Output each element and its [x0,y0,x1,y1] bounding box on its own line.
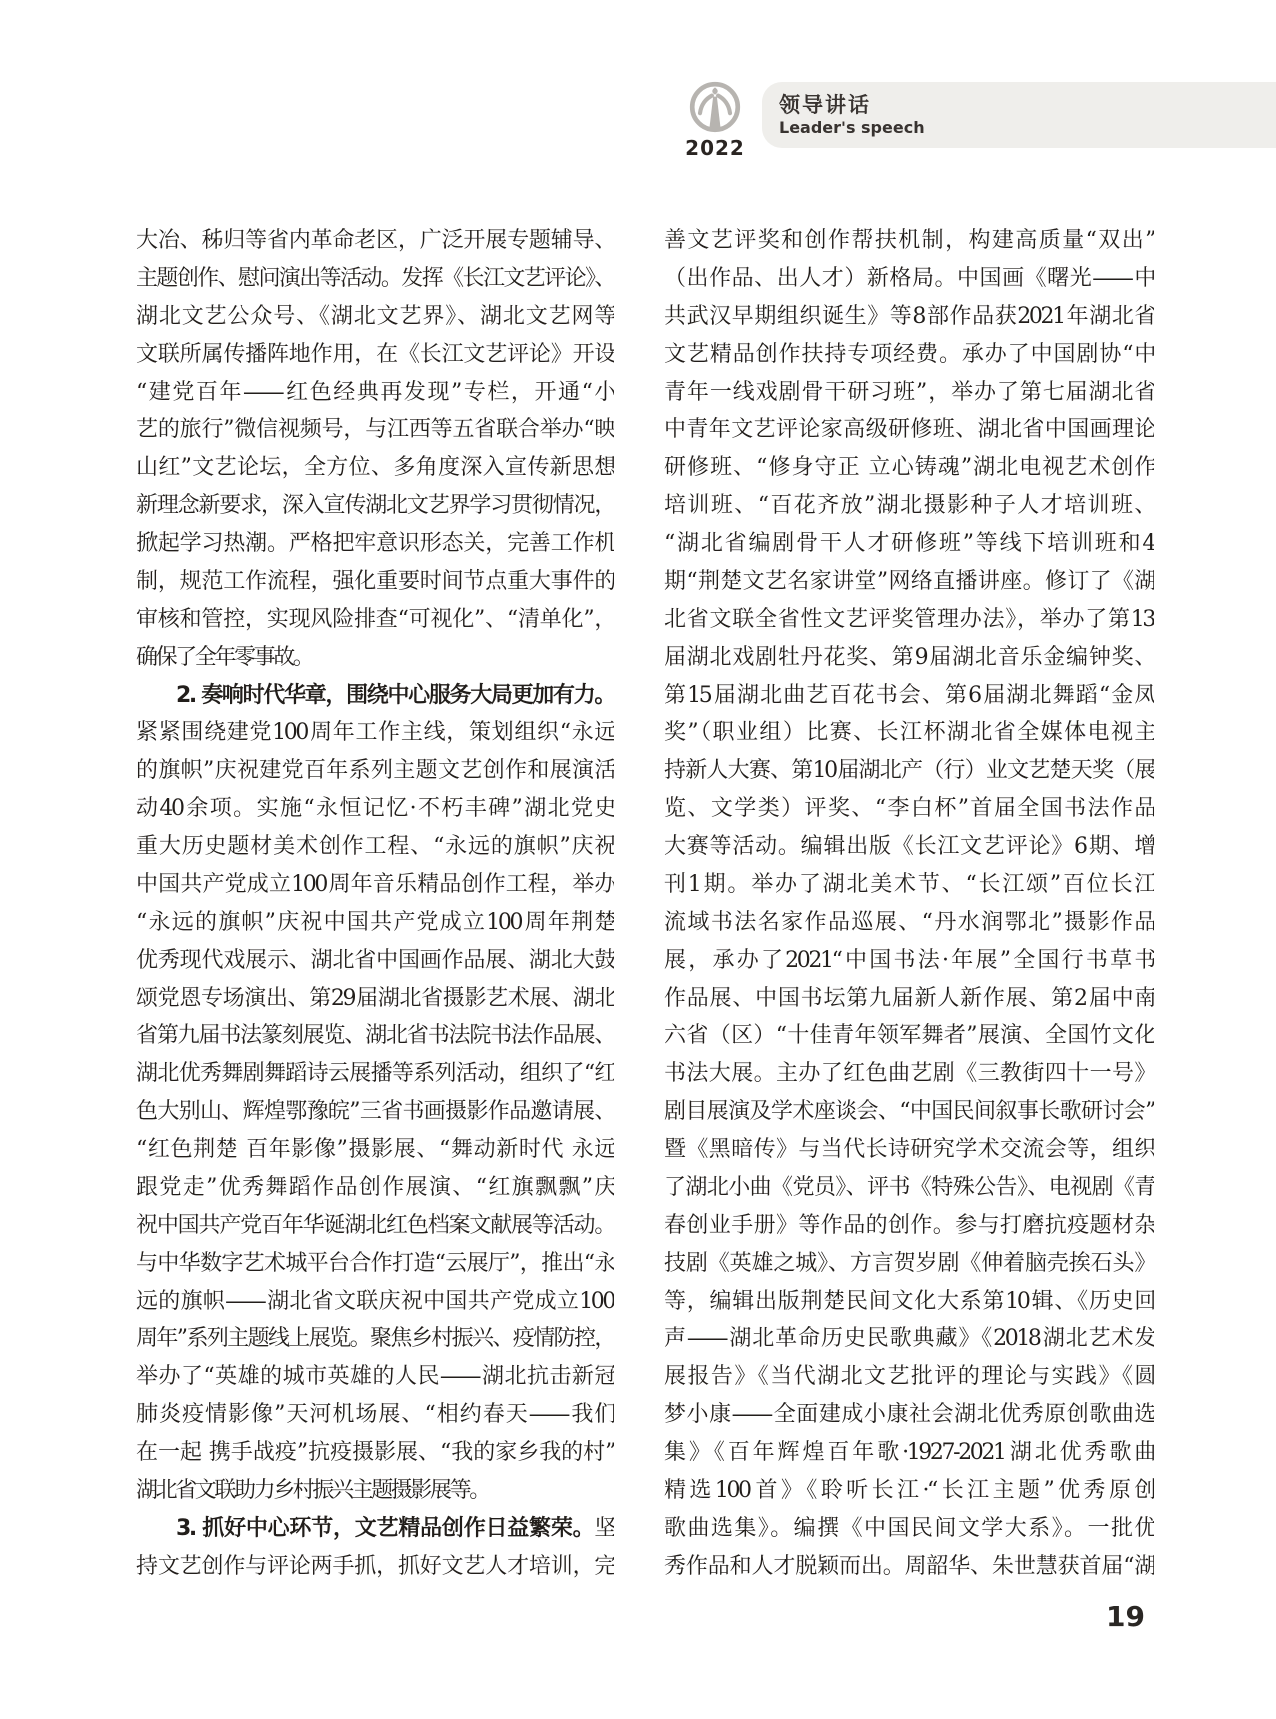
paragraph-text: 湖北优秀舞剧舞蹈诗云展播等系列活动，组织了“红 [136,1061,614,1086]
paragraph-text: 艺的旅行”微信视频号，与江西等五省联合举办“映 [136,417,614,442]
right-column: 善文艺评奖和创作帮扶机制，构建高质量“双出”（出作品、出人才）新格局。中国画《曙… [664,222,1154,1586]
text-line: 歌曲选集》。编撰《中国民间文学大系》。一批优 [664,1510,1154,1548]
paragraph-text: 流域书法名家作品巡展、“丹水润鄂北”摄影作品 [664,910,1154,935]
paragraph-text: 颂党恩专场演出、第29届湖北省摄影艺术展、湖北 [136,986,614,1011]
text-line: 暨《黑暗传》与当代长诗研究学术交流会等，组织 [664,1131,1154,1169]
paragraph-text: 声——湖北革命历史民歌典藏》《2018湖北艺术发 [664,1326,1154,1351]
paragraph-text: 北省文联全省性文艺评奖管理办法》，举办了第13 [664,607,1154,632]
paragraph-heading: 3. 抓好中心环节，文艺精品创作日益繁荣。 [176,1516,594,1541]
paragraph-text: 大赛等活动。编辑出版《长江文艺评论》6期、增 [664,834,1154,859]
text-line: 优秀现代戏展示、湖北省中国画作品展、湖北大鼓 [136,942,614,980]
section-banner: 领导讲话 Leader's speech [762,82,1276,148]
paragraph-text: 省第九届书法篆刻展览、湖北省书法院书法作品展、 [136,1023,614,1048]
section-title: 领导讲话 [779,94,1276,116]
paragraph-text: 六省（区）“十佳青年领军舞者”展演、全国竹文化 [664,1023,1154,1048]
text-line: 山红”文艺论坛，全方位、多角度深入宣传新思想 [136,449,614,487]
paragraph-text: 中国共产党成立100周年音乐精品创作工程，举办 [136,872,614,897]
paragraph-text: “建党百年——红色经典再发现”专栏，开通“小 [136,380,614,405]
paragraph-heading: 2. 奏响时代华章，围绕中心服务大局更加有力。 [176,683,614,708]
paragraph-text: 山红”文艺论坛，全方位、多角度深入宣传新思想 [136,455,614,480]
text-line: 善文艺评奖和创作帮扶机制，构建高质量“双出” [664,222,1154,260]
paragraph-text: 研修班、“修身守正 立心铸魂”湖北电视艺术创作 [664,455,1154,480]
text-line: 第15届湖北曲艺百花书会、第6届湖北舞蹈“金凤 [664,677,1154,715]
paragraph-text: 等，编辑出版荆楚民间文化大系第10辑、《历史回 [664,1289,1154,1314]
paragraph-text: “永远的旗帜”庆祝中国共产党成立100周年荆楚 [136,910,614,935]
paragraph-text: 优秀现代戏展示、湖北省中国画作品展、湖北大鼓 [136,948,614,973]
paragraph-text: 秀作品和人才脱颖而出。周韶华、朱世慧获首届“湖 [664,1554,1154,1579]
paragraph-text: 善文艺评奖和创作帮扶机制，构建高质量“双出” [664,228,1154,253]
paragraph-text: 举办了“英雄的城市英雄的人民——湖北抗击新冠 [136,1364,614,1389]
text-line: 声——湖北革命历史民歌典藏》《2018湖北艺术发 [664,1320,1154,1358]
text-line: 艺的旅行”微信视频号，与江西等五省联合举办“映 [136,411,614,449]
text-line: 审核和管控，实现风险排查“可视化”、“清单化”， [136,601,614,639]
paragraph-text: 刊1期。举办了湖北美术节、“长江颂”百位长江 [664,872,1154,897]
paragraph-text: 书法大展。主办了红色曲艺剧《三教街四十一号》 [664,1061,1154,1086]
text-line: 大赛等活动。编辑出版《长江文艺评论》6期、增 [664,828,1154,866]
paragraph-text: 大冶、秭归等省内革命老区，广泛开展专题辅导、 [136,228,614,253]
text-line: 剧目展演及学术座谈会、“中国民间叙事长歌研讨会” [664,1093,1154,1131]
text-line: 春创业手册》等作品的创作。参与打磨抗疫题材杂 [664,1207,1154,1245]
paragraph-text: 览、文学类）评奖、“李白杯”首届全国书法作品 [664,796,1154,821]
paragraph-text: 在一起 携手战疫”抗疫摄影展、“我的家乡我的村” [136,1440,614,1465]
text-line: 掀起学习热潮。严格把牢意识形态关，完善工作机 [136,525,614,563]
text-line: 届湖北戏剧牡丹花奖、第9届湖北音乐金编钟奖、 [664,639,1154,677]
text-line: 动40余项。实施“永恒记忆·不朽丰碑”湖北党史 [136,790,614,828]
paragraph-text: 湖北文艺公众号、《湖北文艺界》、湖北文艺网等 [136,304,614,329]
text-line: 六省（区）“十佳青年领军舞者”展演、全国竹文化 [664,1017,1154,1055]
text-line: 培训班、“百花齐放”湖北摄影种子人才培训班、 [664,487,1154,525]
text-line: 精选100首》《聆听长江·“长江主题”优秀原创 [664,1472,1154,1510]
paragraph-text: 作品展、中国书坛第九届新人新作展、第2届中南 [664,986,1154,1011]
text-line: “湖北省编剧骨干人才研修班”等线下培训班和4 [664,525,1154,563]
paragraph-text: 青年一线戏剧骨干研习班”，举办了第七届湖北省 [664,380,1154,405]
text-line: 刊1期。举办了湖北美术节、“长江颂”百位长江 [664,866,1154,904]
paragraph-text: 远的旗帜——湖北省文联庆祝中国共产党成立100 [136,1289,614,1314]
text-line: （出作品、出人才）新格局。中国画《曙光——中 [664,260,1154,298]
text-line: 确保了全年零事故。 [136,639,614,677]
paragraph-text: 中青年文艺评论家高级研修班、湖北省中国画理论 [664,417,1154,442]
paragraph-text: “湖北省编剧骨干人才研修班”等线下培训班和4 [664,531,1154,556]
text-line: 展报告》《当代湖北文艺批评的理论与实践》《圆 [664,1358,1154,1396]
paragraph-text: 重大历史题材美术创作工程、“永远的旗帜”庆祝 [136,834,614,859]
paragraph-text: 届湖北戏剧牡丹花奖、第9届湖北音乐金编钟奖、 [664,645,1154,670]
text-line: 书法大展。主办了红色曲艺剧《三教街四十一号》 [664,1055,1154,1093]
paragraph-text: 梦小康——全面建成小康社会湖北优秀原创歌曲选 [664,1402,1154,1427]
paragraph-text: 确保了全年零事故。 [136,645,312,670]
paragraph-text: 周年”系列主题线上展览。聚焦乡村振兴、疫情防控， [136,1326,614,1351]
paragraph-text: 湖北省文联助力乡村振兴主题摄影展等。 [136,1478,489,1503]
text-line: 秀作品和人才脱颖而出。周韶华、朱世慧获首届“湖 [664,1548,1154,1586]
text-line: 研修班、“修身守正 立心铸魂”湖北电视艺术创作 [664,449,1154,487]
text-line: 远的旗帜——湖北省文联庆祝中国共产党成立100 [136,1283,614,1321]
paragraph-text: 持文艺创作与评论两手抓，抓好文艺人才培训，完 [136,1554,614,1579]
text-line: 青年一线戏剧骨干研习班”，举办了第七届湖北省 [664,374,1154,412]
paragraph-text: 了湖北小曲《党员》、评书《特殊公告》、电视剧《青 [664,1175,1154,1200]
text-line: “建党百年——红色经典再发现”专栏，开通“小 [136,374,614,412]
text-line: 紧紧围绕建党100周年工作主线，策划组织“永远 [136,714,614,752]
paragraph-text: 色大别山、辉煌鄂豫皖”三省书画摄影作品邀请展、 [136,1099,614,1124]
magazine-page: 2022 领导讲话 Leader's speech 大冶、秭归等省内革命老区，广… [0,0,1276,1719]
text-line: 持新人大赛、第10届湖北产（行）业文艺楚天奖（展 [664,752,1154,790]
text-line: 文联所属传播阵地作用，在《长江文艺评论》开设 [136,336,614,374]
text-line: 技剧《英雄之城》、方言贺岁剧《伸着脑壳挨石头》 [664,1245,1154,1283]
paragraph-text: 展，承办了2021“中国书法·年展”全国行书草书 [664,948,1154,973]
paragraph-text: 跟党走”优秀舞蹈作品创作展演、“红旗飘飘”庆 [136,1175,614,1200]
text-line: “红色荆楚 百年影像”摄影展、“舞动新时代 永远 [136,1131,614,1169]
text-line: 了湖北小曲《党员》、评书《特殊公告》、电视剧《青 [664,1169,1154,1207]
paragraph-text: 春创业手册》等作品的创作。参与打磨抗疫题材杂 [664,1213,1154,1238]
paragraph-text: 共武汉早期组织诞生》等8部作品获2021年湖北省 [664,304,1154,329]
paragraph-text: 肺炎疫情影像”天河机场展、“相约春天——我们 [136,1402,614,1427]
text-line: 色大别山、辉煌鄂豫皖”三省书画摄影作品邀请展、 [136,1093,614,1131]
text-line: 3. 抓好中心环节，文艺精品创作日益繁荣。坚 [136,1510,614,1548]
paragraph-text: 审核和管控，实现风险排查“可视化”、“清单化”， [136,607,614,632]
text-line: 期“荆楚文艺名家讲堂”网络直播讲座。修订了《湖 [664,563,1154,601]
text-line: 集》《百年辉煌百年歌·1927-2021湖北优秀歌曲 [664,1434,1154,1472]
text-line: 梦小康——全面建成小康社会湖北优秀原创歌曲选 [664,1396,1154,1434]
federation-emblem-icon [686,80,744,134]
paragraph-text: 坚 [594,1516,614,1541]
text-line: 北省文联全省性文艺评奖管理办法》，举办了第13 [664,601,1154,639]
page-number: 19 [1106,1600,1145,1633]
paragraph-text: 动40余项。实施“永恒记忆·不朽丰碑”湖北党史 [136,796,614,821]
text-line: 奖”（职业组）比赛、长江杯湖北省全媒体电视主 [664,714,1154,752]
text-line: 大冶、秭归等省内革命老区，广泛开展专题辅导、 [136,222,614,260]
text-line: 祝中国共产党百年华诞湖北红色档案文献展等活动。 [136,1207,614,1245]
paragraph-text: 祝中国共产党百年华诞湖北红色档案文献展等活动。 [136,1213,614,1238]
paragraph-text: 掀起学习热潮。严格把牢意识形态关，完善工作机 [136,531,614,556]
paragraph-text: 奖”（职业组）比赛、长江杯湖北省全媒体电视主 [664,720,1154,745]
paragraph-text: 持新人大赛、第10届湖北产（行）业文艺楚天奖（展 [664,758,1154,783]
text-line: 中青年文艺评论家高级研修班、湖北省中国画理论 [664,411,1154,449]
paragraph-text: 展报告》《当代湖北文艺批评的理论与实践》《圆 [664,1364,1154,1389]
text-line: 流域书法名家作品巡展、“丹水润鄂北”摄影作品 [664,904,1154,942]
text-line: 持文艺创作与评论两手抓，抓好文艺人才培训，完 [136,1548,614,1586]
paragraph-text: 技剧《英雄之城》、方言贺岁剧《伸着脑壳挨石头》 [664,1251,1154,1276]
paragraph-text: 制，规范工作流程，强化重要时间节点重大事件的 [136,569,614,594]
text-line: 中国共产党成立100周年音乐精品创作工程，举办 [136,866,614,904]
paragraph-text: （出作品、出人才）新格局。中国画《曙光——中 [664,266,1154,291]
paragraph-text: 第15届湖北曲艺百花书会、第6届湖北舞蹈“金凤 [664,683,1154,708]
paragraph-text: “红色荆楚 百年影像”摄影展、“舞动新时代 永远 [136,1137,614,1162]
brand: 2022 [685,80,745,160]
text-line: 颂党恩专场演出、第29届湖北省摄影艺术展、湖北 [136,980,614,1018]
text-line: 在一起 携手战疫”抗疫摄影展、“我的家乡我的村” [136,1434,614,1472]
text-line: 省第九届书法篆刻展览、湖北省书法院书法作品展、 [136,1017,614,1055]
left-column: 大冶、秭归等省内革命老区，广泛开展专题辅导、主题创作、慰问演出等活动。发挥《长江… [136,222,614,1586]
text-line: 与中华数字艺术城平台合作打造“云展厅”，推出“永 [136,1245,614,1283]
paragraph-text: 紧紧围绕建党100周年工作主线，策划组织“永远 [136,720,614,745]
text-line: 主题创作、慰问演出等活动。发挥《长江文艺评论》、 [136,260,614,298]
text-line: 肺炎疫情影像”天河机场展、“相约春天——我们 [136,1396,614,1434]
text-line: “永远的旗帜”庆祝中国共产党成立100周年荆楚 [136,904,614,942]
paragraph-text: 培训班、“百花齐放”湖北摄影种子人才培训班、 [664,493,1154,518]
paragraph-text: 的旗帜”庆祝建党百年系列主题文艺创作和展演活 [136,758,614,783]
paragraph-text: 集》《百年辉煌百年歌·1927-2021湖北优秀歌曲 [664,1440,1154,1465]
paragraph-text: 歌曲选集》。编撰《中国民间文学大系》。一批优 [664,1516,1154,1541]
text-line: 新理念新要求，深入宣传湖北文艺界学习贯彻情况， [136,487,614,525]
paragraph-text: 文艺精品创作扶持专项经费。承办了中国剧协“中 [664,342,1154,367]
text-line: 湖北优秀舞剧舞蹈诗云展播等系列活动，组织了“红 [136,1055,614,1093]
text-line: 重大历史题材美术创作工程、“永远的旗帜”庆祝 [136,828,614,866]
paragraph-text: 期“荆楚文艺名家讲堂”网络直播讲座。修订了《湖 [664,569,1154,594]
text-line: 展，承办了2021“中国书法·年展”全国行书草书 [664,942,1154,980]
paragraph-text: 主题创作、慰问演出等活动。发挥《长江文艺评论》、 [136,266,614,291]
text-line: 跟党走”优秀舞蹈作品创作展演、“红旗飘飘”庆 [136,1169,614,1207]
text-line: 湖北省文联助力乡村振兴主题摄影展等。 [136,1472,614,1510]
paragraph-text: 新理念新要求，深入宣传湖北文艺界学习贯彻情况， [136,493,614,518]
text-line: 共武汉早期组织诞生》等8部作品获2021年湖北省 [664,298,1154,336]
text-line: 周年”系列主题线上展览。聚焦乡村振兴、疫情防控， [136,1320,614,1358]
paragraph-text: 文联所属传播阵地作用，在《长江文艺评论》开设 [136,342,614,367]
text-line: 举办了“英雄的城市英雄的人民——湖北抗击新冠 [136,1358,614,1396]
text-line: 览、文学类）评奖、“李白杯”首届全国书法作品 [664,790,1154,828]
paragraph-text: 与中华数字艺术城平台合作打造“云展厅”，推出“永 [136,1251,614,1276]
text-line: 作品展、中国书坛第九届新人新作展、第2届中南 [664,980,1154,1018]
text-line: 2. 奏响时代华章，围绕中心服务大局更加有力。 [136,677,614,715]
section-subtitle: Leader's speech [779,119,1276,137]
year-label: 2022 [685,136,745,160]
paragraph-text: 精选100首》《聆听长江·“长江主题”优秀原创 [664,1478,1154,1503]
text-line: 的旗帜”庆祝建党百年系列主题文艺创作和展演活 [136,752,614,790]
text-line: 湖北文艺公众号、《湖北文艺界》、湖北文艺网等 [136,298,614,336]
paragraph-text: 暨《黑暗传》与当代长诗研究学术交流会等，组织 [664,1137,1154,1162]
text-line: 制，规范工作流程，强化重要时间节点重大事件的 [136,563,614,601]
text-line: 文艺精品创作扶持专项经费。承办了中国剧协“中 [664,336,1154,374]
paragraph-text: 剧目展演及学术座谈会、“中国民间叙事长歌研讨会” [664,1099,1154,1124]
text-line: 等，编辑出版荆楚民间文化大系第10辑、《历史回 [664,1283,1154,1321]
